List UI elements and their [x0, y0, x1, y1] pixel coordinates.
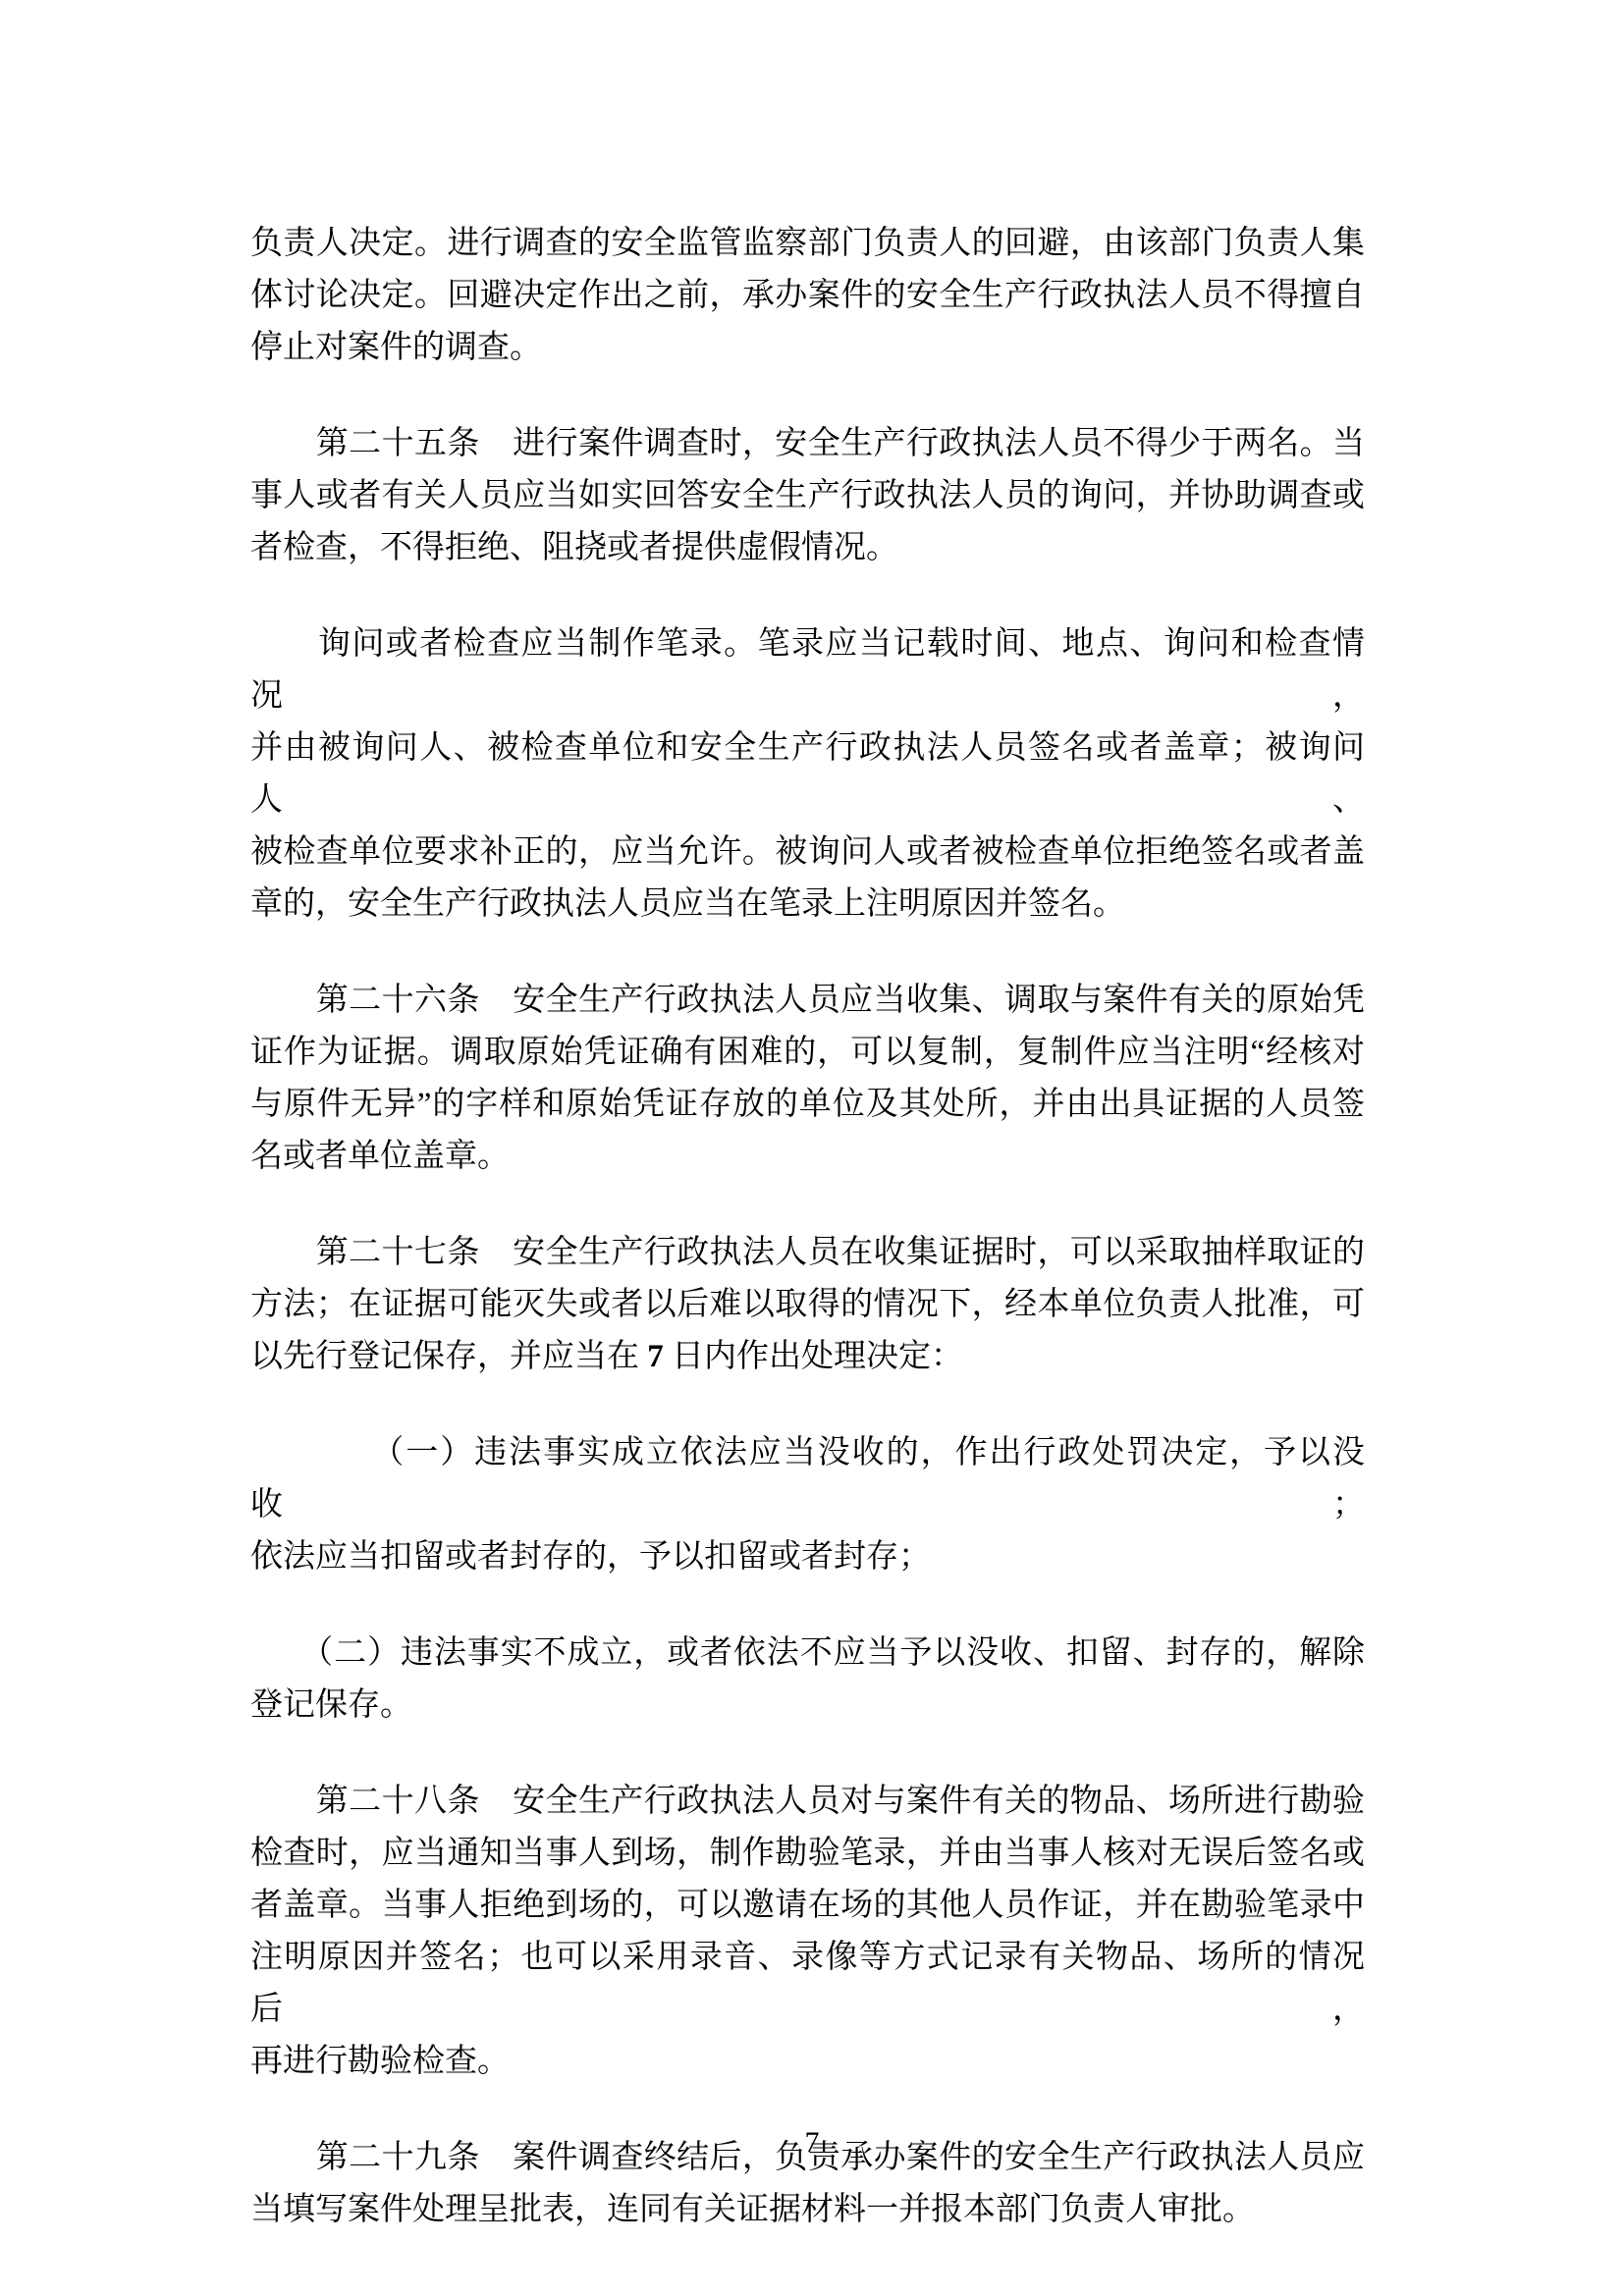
text-line: 名或者单位盖章。	[250, 1131, 1365, 1183]
paragraph: 第二十五条 进行案件调查时，安全生产行政执法人员不得少于两名。当事人或者有关人员…	[250, 418, 1365, 574]
text-line: 者检查，不得拒绝、阻挠或者提供虚假情况。	[250, 522, 1365, 574]
text-line: 事人或者有关人员应当如实回答安全生产行政执法人员的询问，并协助调查或	[250, 470, 1365, 522]
paragraph: 第二十七条 安全生产行政执法人员在收集证据时，可以采取抽样取证的方法；在证据可能…	[250, 1227, 1365, 1383]
text-line: 注明原因并签名；也可以采用录音、录像等方式记录有关物品、场所的情况后，	[250, 1932, 1365, 2036]
text-line: 以先行登记保存，并应当在 7 日内作出处理决定：	[250, 1331, 1365, 1383]
text-line: 证作为证据。调取原始凭证确有困难的，可以复制，复制件应当注明“经核对	[250, 1027, 1365, 1079]
text-line: 检查时，应当通知当事人到场，制作勘验笔录，并由当事人核对无误后签名或	[250, 1828, 1365, 1880]
text-line: 被检查单位要求补正的，应当允许。被询问人或者被检查单位拒绝签名或者盖	[250, 827, 1365, 879]
text-line: 询问或者检查应当制作笔录。笔录应当记载时间、地点、询问和检查情况，	[250, 618, 1365, 722]
paragraph: （一）违法事实成立依法应当没收的，作出行政处罚决定，予以没收；依法应当扣留或者封…	[250, 1427, 1365, 1583]
paragraph: 负责人决定。进行调查的安全监管监察部门负责人的回避，由该部门负责人集体讨论决定。…	[250, 218, 1365, 374]
text-line: 章的，安全生产行政执法人员应当在笔录上注明原因并签名。	[250, 879, 1365, 931]
document-page: 负责人决定。进行调查的安全监管监察部门负责人的回避，由该部门负责人集体讨论决定。…	[0, 0, 1624, 2296]
text-line: （二）违法事实不成立，或者依法不应当予以没收、扣留、封存的，解除	[250, 1628, 1365, 1680]
text-line: 当填写案件处理呈批表，连同有关证据材料一并报本部门负责人审批。	[250, 2184, 1365, 2236]
text-line: 与原件无异”的字样和原始凭证存放的单位及其处所，并由出具证据的人员签	[250, 1079, 1365, 1131]
paragraph: 第二十六条 安全生产行政执法人员应当收集、调取与案件有关的原始凭证作为证据。调取…	[250, 975, 1365, 1183]
document-body: 负责人决定。进行调查的安全监管监察部门负责人的回避，由该部门负责人集体讨论决定。…	[250, 218, 1365, 2280]
paragraph: 询问或者检查应当制作笔录。笔录应当记载时间、地点、询问和检查情况，并由被询问人、…	[250, 618, 1365, 931]
text-line: 者盖章。当事人拒绝到场的，可以邀请在场的其他人员作证，并在勘验笔录中	[250, 1880, 1365, 1932]
text-line: 方法；在证据可能灭失或者以后难以取得的情况下，经本单位负责人批准，可	[250, 1279, 1365, 1331]
page-number: 7	[0, 2123, 1624, 2163]
text-line: 体讨论决定。回避决定作出之前，承办案件的安全生产行政执法人员不得擅自	[250, 270, 1365, 322]
paragraph: 第二十八条 安全生产行政执法人员对与案件有关的物品、场所进行勘验检查时，应当通知…	[250, 1776, 1365, 2088]
text-line: 停止对案件的调查。	[250, 322, 1365, 374]
text-line: 第二十七条 安全生产行政执法人员在收集证据时，可以采取抽样取证的	[250, 1227, 1365, 1279]
text-line: 第二十五条 进行案件调查时，安全生产行政执法人员不得少于两名。当	[250, 418, 1365, 470]
text-line: 依法应当扣留或者封存的，予以扣留或者封存；	[250, 1531, 1365, 1583]
text-line: 登记保存。	[250, 1680, 1365, 1732]
text-line: 第二十六条 安全生产行政执法人员应当收集、调取与案件有关的原始凭	[250, 975, 1365, 1027]
text-line: 第二十八条 安全生产行政执法人员对与案件有关的物品、场所进行勘验	[250, 1776, 1365, 1828]
text-line: 再进行勘验检查。	[250, 2036, 1365, 2088]
text-line: 负责人决定。进行调查的安全监管监察部门负责人的回避，由该部门负责人集	[250, 218, 1365, 270]
paragraph: （二）违法事实不成立，或者依法不应当予以没收、扣留、封存的，解除登记保存。	[250, 1628, 1365, 1732]
text-line: （一）违法事实成立依法应当没收的，作出行政处罚决定，予以没收；	[250, 1427, 1365, 1531]
text-line: 并由被询问人、被检查单位和安全生产行政执法人员签名或者盖章；被询问人、	[250, 722, 1365, 827]
